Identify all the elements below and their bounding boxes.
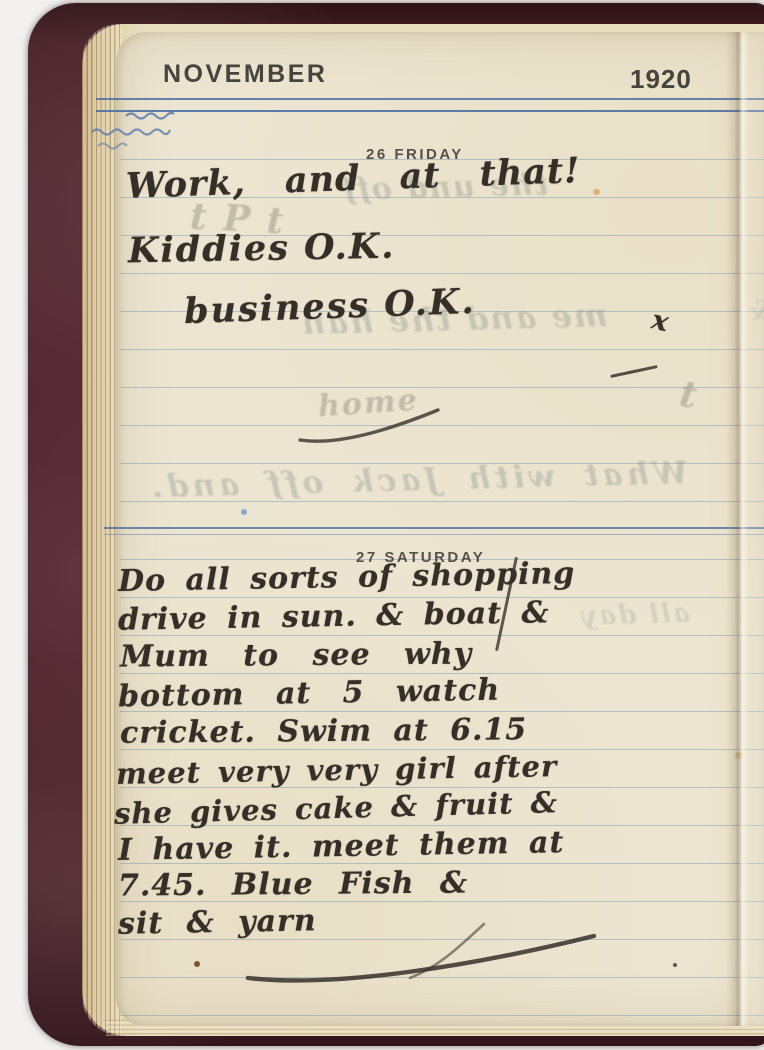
month-label: NOVEMBER xyxy=(163,60,327,89)
saturday-line: Mum to see why xyxy=(120,636,472,674)
stain-dot xyxy=(593,189,600,195)
saturday-line: cricket. Swim at 6.15 xyxy=(120,712,528,751)
fore-edge-blue-squiggle xyxy=(86,102,182,154)
bleedthrough-line: all day xyxy=(580,599,691,632)
diary-scan: the und off t P t me and the han What wi… xyxy=(0,0,764,1050)
saturday-line: bottom at 5 watch xyxy=(118,673,501,715)
ink-flourish xyxy=(240,922,602,988)
friday-line: Kiddies O.K. xyxy=(128,226,396,272)
facing-page-sliver xyxy=(742,32,764,1026)
brown-speck xyxy=(194,961,200,967)
ink-speck xyxy=(673,963,677,967)
saturday-line: 7.45. Blue Fish & xyxy=(118,865,468,903)
year-label: 1920 xyxy=(630,64,692,95)
ink-flourish xyxy=(296,404,442,448)
blue-ink-dot xyxy=(241,509,247,515)
